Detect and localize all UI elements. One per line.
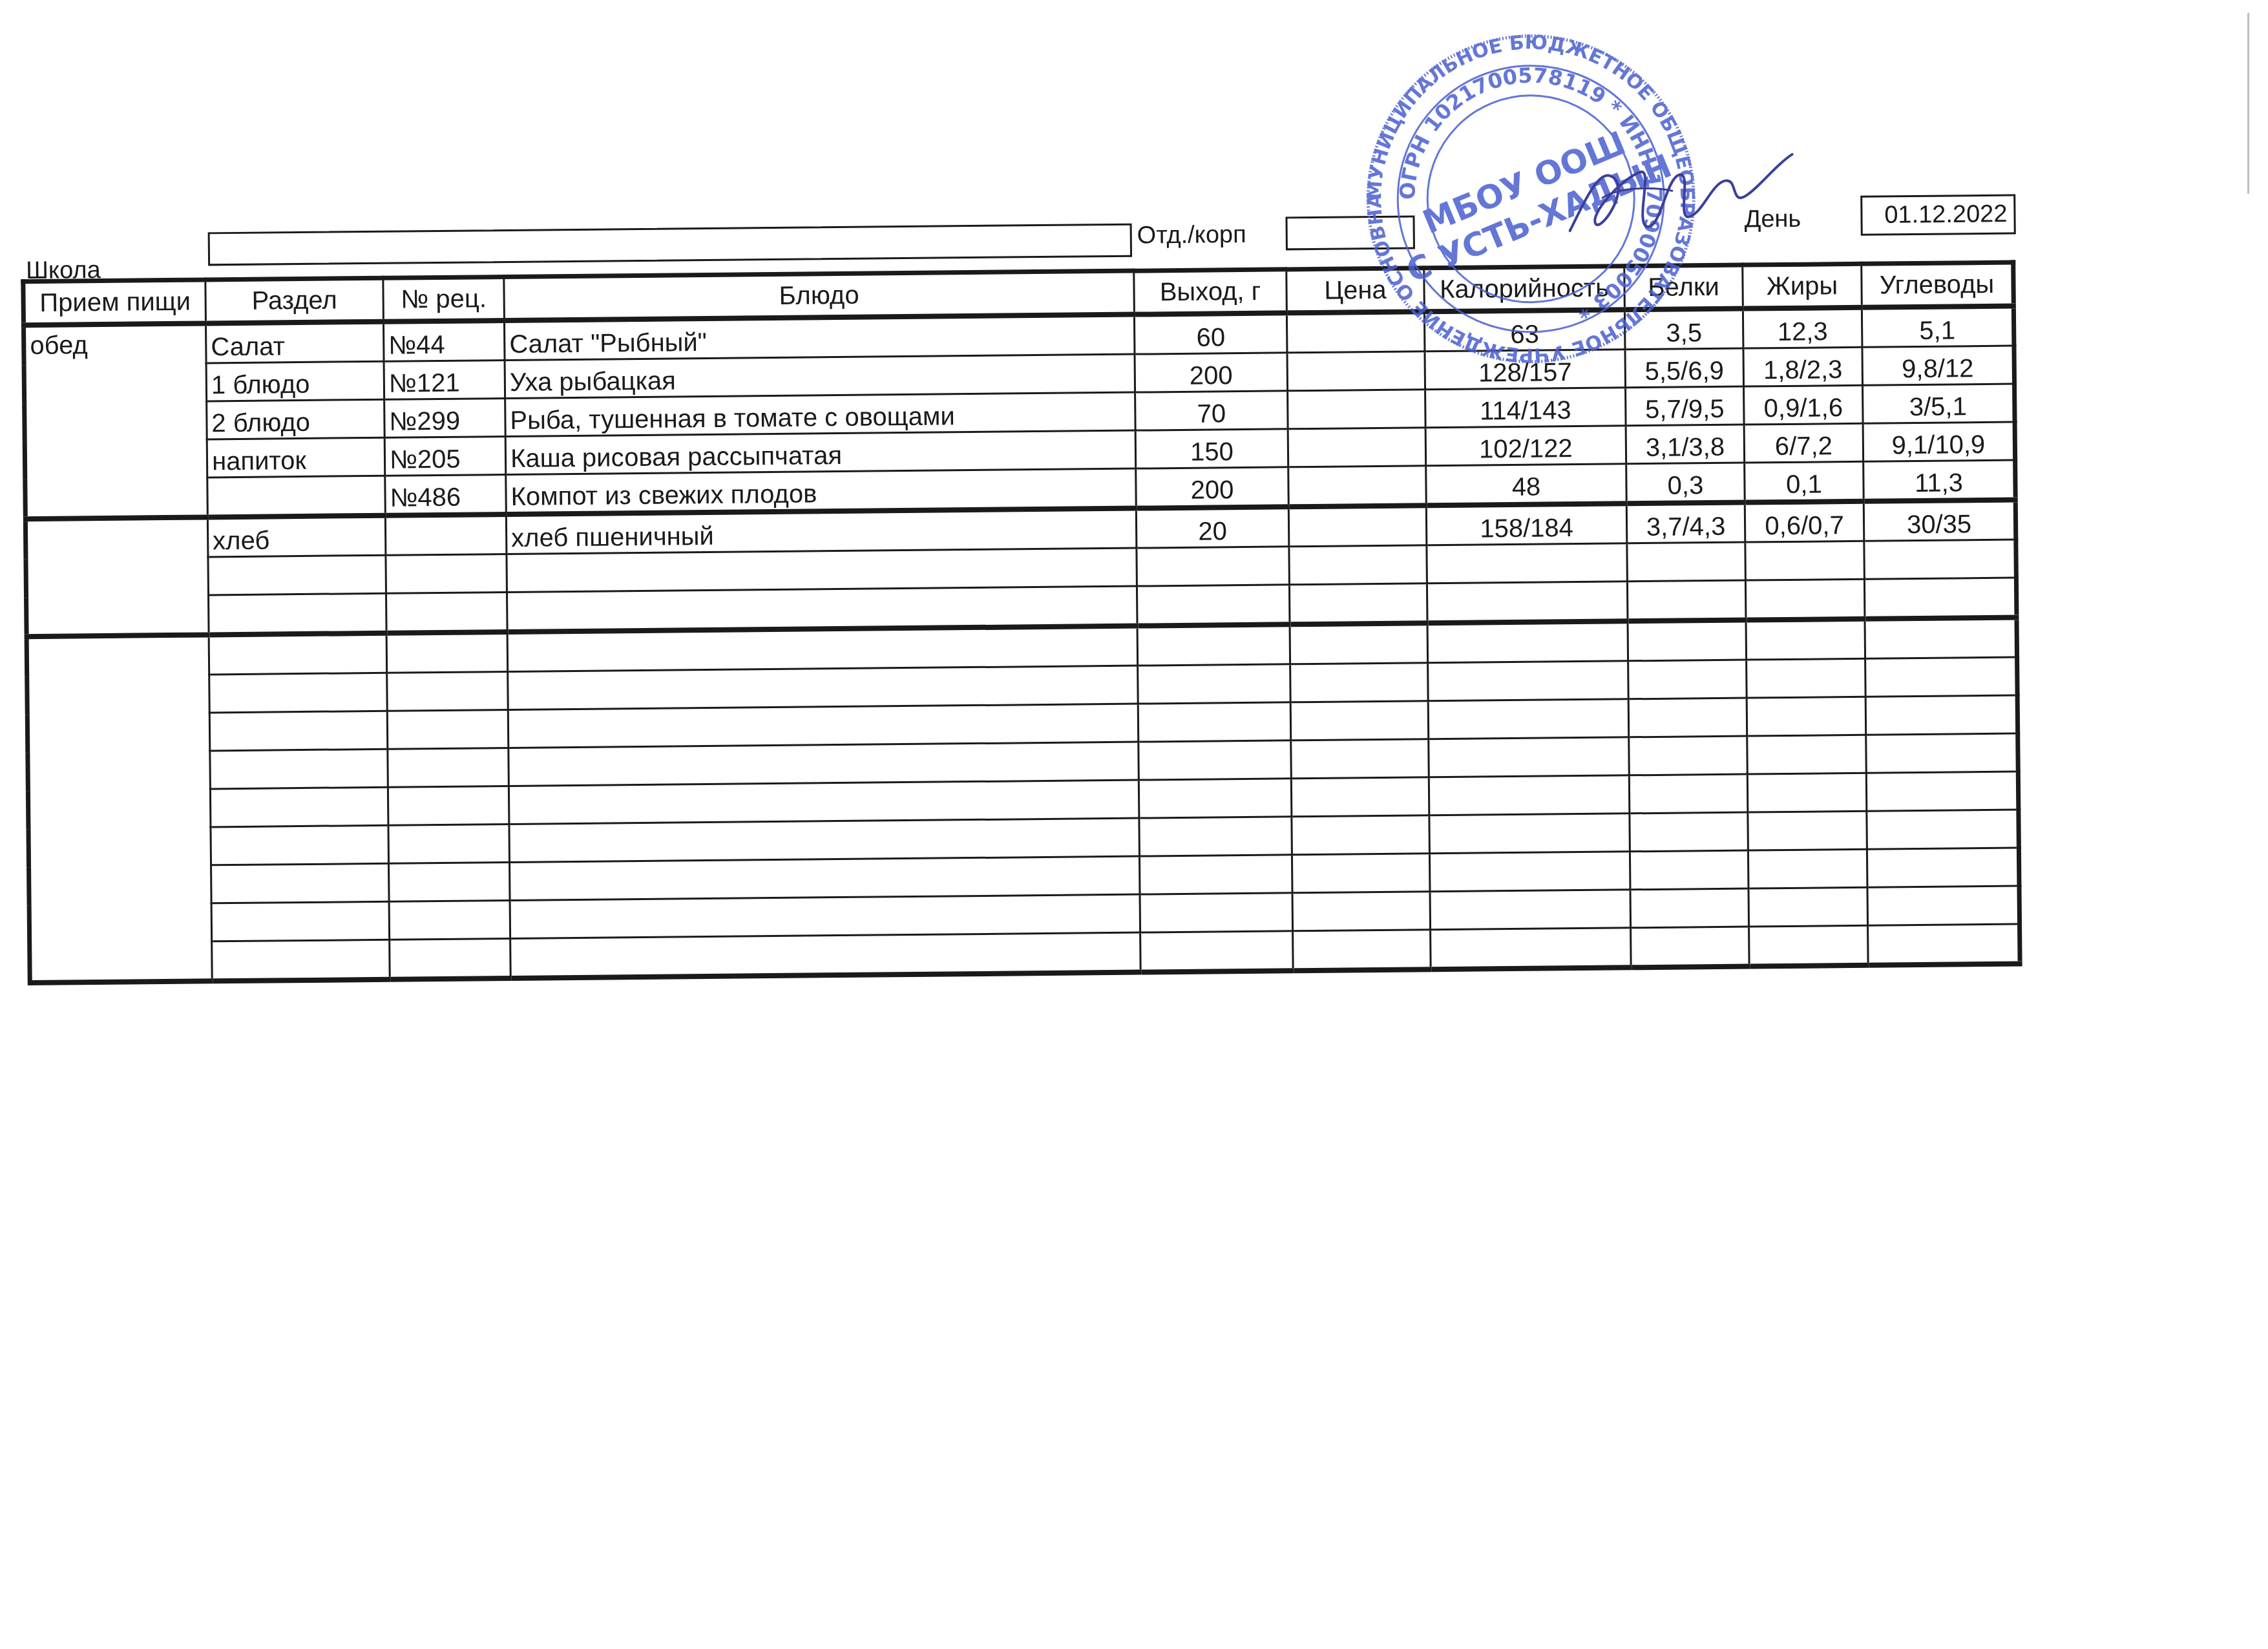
yield-cell[interactable]: [1139, 817, 1292, 856]
calories-cell[interactable]: [1429, 814, 1630, 854]
carbs-cell[interactable]: [1865, 618, 2017, 659]
yield-cell[interactable]: [1139, 779, 1292, 818]
dish-cell[interactable]: Рыба, тушенная в томате с овощами: [505, 392, 1136, 436]
recipe-cell[interactable]: [387, 671, 509, 711]
section-cell[interactable]: [211, 863, 390, 903]
yield-cell[interactable]: 200: [1136, 467, 1289, 509]
protein-cell[interactable]: [1629, 736, 1748, 775]
section-cell[interactable]: [209, 711, 388, 751]
calories-cell[interactable]: [1429, 737, 1630, 777]
dish-cell[interactable]: [510, 932, 1141, 978]
calories-cell[interactable]: [1431, 928, 1632, 969]
carbs-cell[interactable]: 11,3: [1864, 460, 2016, 501]
section-cell[interactable]: 2 блюдо: [207, 399, 385, 439]
protein-cell[interactable]: [1630, 850, 1748, 890]
dish-cell[interactable]: Уха рыбацкая: [505, 354, 1135, 398]
yield-cell[interactable]: [1137, 547, 1290, 586]
recipe-cell[interactable]: [388, 786, 509, 825]
calories-cell[interactable]: [1428, 699, 1629, 739]
section-cell[interactable]: [210, 749, 388, 789]
protein-cell[interactable]: [1630, 812, 1748, 852]
price-cell[interactable]: [1288, 428, 1426, 467]
col-header-price: Цена: [1286, 268, 1425, 313]
price-cell[interactable]: [1292, 815, 1430, 855]
price-cell[interactable]: [1290, 623, 1428, 664]
fat-cell[interactable]: [1748, 811, 1867, 850]
calories-cell[interactable]: 48: [1426, 464, 1627, 505]
dish-cell[interactable]: [509, 780, 1139, 824]
section-cell[interactable]: [211, 825, 389, 865]
menu-table-body: обедСалат№44Салат "Рыбный"60633,512,35,1…: [23, 306, 2020, 983]
dish-cell[interactable]: [509, 818, 1140, 862]
dish-cell[interactable]: [507, 586, 1137, 632]
fat-cell[interactable]: [1749, 925, 1869, 966]
calories-cell[interactable]: [1427, 582, 1628, 623]
dish-cell[interactable]: [510, 894, 1140, 938]
section-cell[interactable]: 1 блюдо: [206, 361, 384, 401]
col-header-fat: Жиры: [1743, 264, 1862, 308]
fat-cell[interactable]: 0,6/0,7: [1745, 501, 1864, 542]
calories-cell[interactable]: 158/184: [1426, 503, 1627, 545]
recipe-cell[interactable]: [387, 709, 509, 749]
calories-cell[interactable]: [1429, 852, 1630, 892]
stamp-center-line-1: МБОУ ООШ: [1418, 124, 1631, 241]
yield-cell[interactable]: [1140, 931, 1294, 972]
yield-cell[interactable]: [1137, 624, 1290, 666]
protein-cell[interactable]: 5,7/9,5: [1626, 386, 1745, 426]
yield-cell[interactable]: 200: [1135, 353, 1288, 392]
protein-cell[interactable]: [1627, 580, 1746, 621]
protein-cell[interactable]: 5,5/6,9: [1625, 348, 1744, 388]
price-cell[interactable]: [1290, 701, 1429, 740]
carbs-cell[interactable]: [1865, 695, 2018, 735]
price-cell[interactable]: [1289, 545, 1427, 585]
section-cell[interactable]: [207, 476, 386, 517]
carbs-cell[interactable]: [1864, 540, 2017, 579]
recipe-cell[interactable]: №486: [385, 474, 507, 515]
yield-cell[interactable]: 70: [1135, 391, 1288, 430]
menu-table: Прием пищи Раздел № рец. Блюдо Выход, г …: [21, 260, 2022, 986]
fat-cell[interactable]: 1,8/2,3: [1743, 347, 1863, 386]
section-cell[interactable]: [210, 787, 388, 827]
recipe-cell[interactable]: [389, 900, 510, 940]
dish-cell[interactable]: Салат "Рыбный": [504, 315, 1135, 361]
col-header-protein: Белки: [1624, 265, 1743, 310]
price-cell[interactable]: [1293, 930, 1431, 971]
col-header-recipe: № рец.: [383, 277, 505, 321]
fat-cell[interactable]: [1747, 697, 1866, 736]
dish-cell[interactable]: Компот из свежих плодов: [506, 468, 1137, 514]
carbs-cell[interactable]: 9,1/10,9: [1863, 422, 2015, 461]
carbs-cell[interactable]: 30/35: [1864, 500, 2016, 541]
dish-cell[interactable]: [507, 626, 1138, 672]
carbs-cell[interactable]: [1866, 772, 2019, 811]
yield-cell[interactable]: [1140, 893, 1293, 932]
protein-cell[interactable]: [1629, 774, 1748, 814]
protein-cell[interactable]: [1628, 660, 1747, 699]
recipe-cell[interactable]: [390, 938, 511, 979]
carbs-cell[interactable]: [1868, 924, 2021, 965]
col-header-dish: Блюдо: [504, 271, 1135, 320]
price-cell[interactable]: [1290, 663, 1429, 702]
fat-cell[interactable]: [1745, 579, 1865, 620]
fat-cell[interactable]: 6/7,2: [1744, 423, 1864, 463]
carbs-cell[interactable]: [1864, 578, 2017, 619]
calories-cell[interactable]: [1427, 621, 1628, 662]
yield-cell[interactable]: [1139, 855, 1292, 894]
dish-cell[interactable]: [510, 856, 1140, 900]
section-cell[interactable]: [212, 940, 390, 981]
calories-cell[interactable]: [1428, 661, 1629, 701]
dish-cell[interactable]: [508, 666, 1139, 709]
recipe-cell[interactable]: [388, 748, 509, 787]
carbs-cell[interactable]: [1867, 810, 2019, 849]
meal-cell[interactable]: [26, 635, 212, 983]
fat-cell[interactable]: [1748, 887, 1868, 927]
section-cell[interactable]: [209, 633, 387, 675]
scan-edge-line: [2247, 13, 2249, 194]
section-cell[interactable]: [208, 555, 386, 595]
price-cell[interactable]: [1292, 892, 1431, 931]
date-field[interactable]: 01.12.2022: [1860, 194, 2016, 236]
calories-cell[interactable]: [1427, 543, 1628, 583]
dish-cell[interactable]: [508, 704, 1139, 748]
price-cell[interactable]: [1288, 390, 1426, 429]
carbs-cell[interactable]: 3/5,1: [1863, 384, 2015, 423]
dish-cell[interactable]: Каша рисовая рассыпчатая: [505, 430, 1136, 474]
yield-cell[interactable]: 150: [1135, 429, 1288, 468]
calories-cell[interactable]: [1430, 890, 1631, 930]
date-value: 01.12.2022: [1884, 200, 2008, 229]
fat-cell[interactable]: [1746, 619, 1865, 660]
recipe-cell[interactable]: №44: [383, 320, 505, 361]
section-cell[interactable]: [211, 901, 390, 941]
recipe-cell[interactable]: №121: [384, 360, 505, 399]
protein-cell[interactable]: 3,1/3,8: [1626, 425, 1745, 464]
price-cell[interactable]: [1288, 505, 1427, 547]
protein-cell[interactable]: [1628, 620, 1747, 661]
school-field[interactable]: [208, 224, 1132, 266]
fat-cell[interactable]: 0,9/1,6: [1744, 385, 1864, 425]
yield-cell[interactable]: [1138, 664, 1291, 704]
calories-cell[interactable]: 102/122: [1425, 426, 1626, 466]
fat-cell[interactable]: [1747, 773, 1867, 812]
section-cell[interactable]: [209, 673, 388, 713]
calories-cell[interactable]: 128/157: [1425, 350, 1626, 390]
menu-sheet: Школа Отд./корп День 01.12.2022 Прием пи…: [0, 0, 2268, 1649]
dish-cell[interactable]: хлеб пшеничный: [506, 509, 1137, 554]
recipe-cell[interactable]: [386, 632, 508, 673]
section-cell[interactable]: Салат: [205, 322, 384, 363]
col-header-section: Раздел: [205, 278, 384, 323]
protein-cell[interactable]: [1631, 927, 1750, 967]
price-cell[interactable]: [1292, 854, 1430, 893]
price-cell[interactable]: [1288, 466, 1427, 507]
recipe-cell[interactable]: [388, 824, 510, 863]
recipe-cell[interactable]: №299: [384, 398, 506, 437]
carbs-cell[interactable]: [1867, 848, 2019, 887]
carbs-cell[interactable]: [1866, 733, 2019, 773]
yield-cell[interactable]: [1138, 702, 1291, 742]
yield-cell[interactable]: 60: [1134, 313, 1287, 354]
price-cell[interactable]: [1291, 777, 1429, 817]
recipe-cell[interactable]: [386, 592, 508, 633]
col-header-carbs: Углеводы: [1862, 262, 2014, 308]
recipe-cell[interactable]: [386, 554, 507, 593]
yield-cell[interactable]: 20: [1136, 507, 1289, 548]
protein-cell[interactable]: [1627, 542, 1746, 582]
protein-cell[interactable]: 3,5: [1624, 309, 1743, 350]
fat-cell[interactable]: 12,3: [1743, 308, 1862, 348]
price-cell[interactable]: [1287, 352, 1425, 391]
dish-cell[interactable]: [509, 742, 1139, 786]
dept-label: Отд./корп: [1137, 222, 1246, 248]
fat-cell[interactable]: [1745, 541, 1865, 580]
calories-cell[interactable]: 63: [1424, 310, 1625, 351]
col-header-calories: Калорийность: [1424, 266, 1625, 311]
carbs-cell[interactable]: [1867, 886, 2020, 925]
recipe-cell[interactable]: №205: [384, 436, 506, 476]
carbs-cell[interactable]: 9,8/12: [1862, 346, 2015, 385]
yield-cell[interactable]: [1139, 740, 1292, 780]
meal-cell[interactable]: обед: [23, 323, 207, 519]
fat-cell[interactable]: [1748, 849, 1867, 888]
section-cell[interactable]: напиток: [207, 437, 385, 478]
day-label: День: [1744, 207, 1801, 232]
col-header-yield: Выход, г: [1134, 269, 1287, 315]
protein-cell[interactable]: 0,3: [1626, 463, 1745, 503]
protein-cell[interactable]: [1628, 698, 1747, 737]
fat-cell[interactable]: 0,1: [1745, 461, 1864, 502]
section-cell[interactable]: хлеб: [207, 516, 386, 557]
dish-cell[interactable]: [507, 548, 1137, 592]
price-cell[interactable]: [1286, 311, 1425, 353]
yield-cell[interactable]: [1137, 585, 1290, 626]
fat-cell[interactable]: [1747, 735, 1867, 774]
calories-cell[interactable]: [1429, 775, 1630, 815]
protein-cell[interactable]: [1630, 888, 1749, 928]
protein-cell[interactable]: 3,7/4,3: [1626, 503, 1745, 543]
col-header-meal: Прием пищи: [23, 280, 206, 325]
recipe-cell[interactable]: [389, 862, 510, 901]
carbs-cell[interactable]: 5,1: [1862, 306, 2014, 348]
calories-cell[interactable]: 114/143: [1425, 388, 1626, 428]
recipe-cell[interactable]: [385, 514, 507, 555]
dept-field[interactable]: [1285, 215, 1414, 250]
meal-cell[interactable]: [25, 517, 209, 636]
carbs-cell[interactable]: [1865, 657, 2018, 697]
fat-cell[interactable]: [1747, 658, 1866, 698]
section-cell[interactable]: [209, 593, 387, 635]
price-cell[interactable]: [1289, 583, 1427, 625]
price-cell[interactable]: [1291, 739, 1429, 779]
